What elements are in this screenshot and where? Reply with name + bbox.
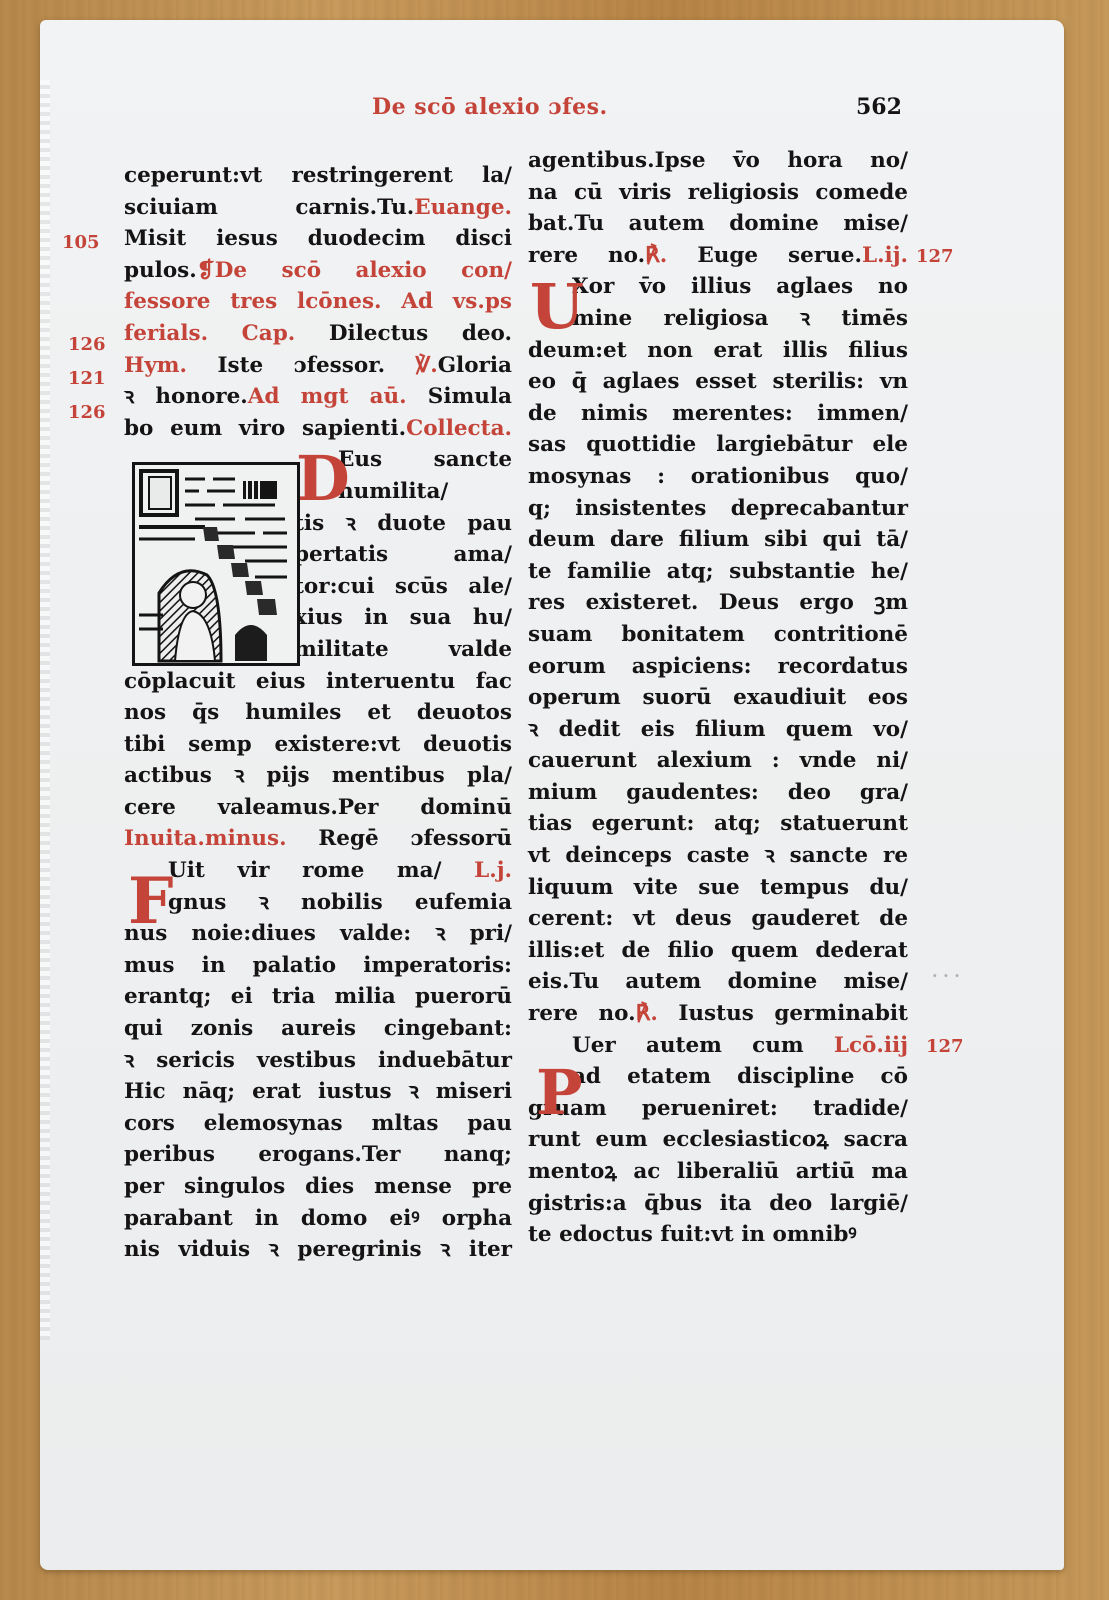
text-line: q; insistentes deprecabantur — [528, 493, 908, 525]
text-line: Hym. Iste ɔfessor. ℣.Gloria — [124, 350, 512, 382]
text-line: Misit iesus duodecim disci — [124, 223, 512, 255]
text: peribus erogans.Ter nanq; — [124, 1142, 512, 1167]
margin-reference: 127 — [916, 246, 954, 267]
text-line: gnus ꝛ nobilis eufemia — [124, 887, 512, 919]
text: Uit vir rome ma/ — [168, 858, 441, 883]
text: mine religiosa ꝛ timēs — [572, 306, 908, 331]
text-line: nos q̄s humiles et deuotos — [124, 697, 512, 729]
text: ꝛ sericis vestibus induebātur — [124, 1048, 512, 1073]
text-line: eis.Tu autem domine mise/ — [528, 966, 908, 998]
text: sciuiam carnis.Tu. — [124, 195, 414, 220]
text-line: deum:et non erat illis filius — [528, 335, 908, 367]
text-line: suam bonitatem contritionē — [528, 619, 908, 651]
margin-reference: 126 — [68, 402, 106, 423]
rubric: Hym. — [124, 353, 187, 378]
woodcut-illustration — [132, 462, 300, 666]
text: ꝛ dedit eis filium quem vo/ — [528, 717, 908, 742]
text: qui zonis aureis cingebant: — [124, 1016, 512, 1041]
text-line: mentoꝝ ac liberaliū artiū ma — [528, 1156, 908, 1188]
text-line: cere valeamus.Per dominū — [124, 792, 512, 824]
text-line: mosynas : orationibus quo/ — [528, 461, 908, 493]
margin-reference: 121 — [68, 368, 106, 389]
text-line: ꝛ sericis vestibus induebātur — [124, 1045, 512, 1077]
text: te edoctus fuit:vt in omnibꝰ — [528, 1222, 857, 1247]
text: eis.Tu autem domine mise/ — [528, 969, 908, 994]
text: parabant in domo eiꝰ orpha — [124, 1206, 512, 1231]
text-line: rere no.℟. Iustus germinabit — [528, 998, 908, 1030]
text: rere no. — [528, 1001, 636, 1026]
bleed-through-text: · · · — [932, 966, 960, 985]
margin-reference: 126 — [68, 334, 106, 355]
text-line: per singulos dies mense pre — [124, 1171, 512, 1203]
text-line: bo eum viro sapienti.Collecta. — [124, 413, 512, 445]
text-line: Hic nāq; erat iustus ꝛ miseri — [124, 1076, 512, 1108]
text-line: na cū viris religiosis comede — [528, 177, 908, 209]
text: cere valeamus.Per dominū — [124, 795, 512, 820]
text: actibus ꝛ pijs mentibus pla/ — [124, 763, 512, 788]
rubric: Euange. — [414, 195, 512, 220]
text: gnus ꝛ nobilis eufemia — [168, 890, 512, 915]
margin-reference: 127 — [926, 1036, 964, 1057]
text: Regē ɔfessorū — [318, 826, 512, 851]
rubric: ❡De scō alexio con/ — [197, 258, 512, 283]
text-line: operum suorū exaudiuit eos — [528, 682, 908, 714]
text: illis:et de filio quem dederat — [528, 938, 908, 963]
text-line: de nimis merentes: immen/ — [528, 398, 908, 430]
text: vt deinceps caste ꝛ sancte re — [528, 843, 908, 868]
text: Simula — [428, 384, 512, 409]
text: tor:cui scūs ale/ — [294, 574, 512, 599]
text-line: gruam perueniret: tradide/ — [528, 1093, 908, 1125]
text-line: fessore tres lcōnes. Ad vs.ps — [124, 286, 512, 318]
text-line: qui zonis aureis cingebant: — [124, 1013, 512, 1045]
text-line: mine religiosa ꝛ timēs — [528, 303, 908, 335]
text-line: eo q̄ aglaes esset sterilis: vn — [528, 366, 908, 398]
text: militate valde — [294, 637, 512, 662]
rubric: ℣. — [415, 353, 437, 378]
text: pertatis ama/ — [294, 542, 512, 567]
folio-number: 562 — [856, 94, 902, 120]
rubricated-initial: U — [530, 276, 584, 338]
text-line: runt eum ecclesiasticoꝝ sacra — [528, 1124, 908, 1156]
text: cors elemosynas mltas pau — [124, 1111, 512, 1136]
rubric: Collecta. — [406, 416, 512, 441]
rubricated-initial: F — [128, 870, 173, 934]
text: operum suorū exaudiuit eos — [528, 685, 908, 710]
text-line: bat.Tu autem domine mise/ — [528, 208, 908, 240]
text-line: tias egerunt: atq; statuerunt — [528, 808, 908, 840]
text-line: deum dare filium sibi qui tā/ — [528, 524, 908, 556]
text-line: liquum vite sue tempus du/ — [528, 872, 908, 904]
text: mentoꝝ ac liberaliū artiū ma — [528, 1159, 908, 1184]
rubricated-initial: P — [536, 1062, 583, 1124]
left-column: ceperunt:vt restringerent la/ sciuiam ca… — [124, 160, 512, 1266]
text: Hic nāq; erat iustus ꝛ miseri — [124, 1079, 512, 1104]
text: eorum aspiciens: recordatus — [528, 654, 908, 679]
text-line: rere no.℟. Euge serue.L.ij. — [528, 240, 908, 272]
text: Gloria — [438, 353, 512, 378]
text-line: agentibus.Ipse v̄o hora no/ — [528, 145, 908, 177]
text-line: gistris:a q̄bus ita deo largiē/ — [528, 1188, 908, 1220]
text: erantq; ei tria milia puerorū — [124, 984, 512, 1009]
text: tibi semp existere:vt deuotis — [124, 732, 512, 757]
text: gistris:a q̄bus ita deo largiē/ — [528, 1191, 908, 1216]
text-line: nis viduis ꝛ peregrinis ꝛ iter — [124, 1234, 512, 1266]
text-line: cauerunt alexium : vnde ni/ — [528, 745, 908, 777]
rubric: ℟. — [645, 243, 667, 268]
text-line: cors elemosynas mltas pau — [124, 1108, 512, 1140]
text-line: cerent: vt deus gauderet de — [528, 903, 908, 935]
margin-reference: 105 — [62, 232, 100, 253]
text-line: Inuita.minus. Regē ɔfessorū — [124, 823, 512, 855]
text: Iustus germinabit — [678, 1001, 908, 1026]
text: cōplacuit eius interuentu fac — [124, 669, 512, 694]
text: bo eum viro sapienti. — [124, 416, 406, 441]
text: Xor v̄o illius aglaes no — [572, 274, 908, 299]
text-line: peribus erogans.Ter nanq; — [124, 1139, 512, 1171]
text-line: Xor v̄o illius aglaes no — [528, 271, 908, 303]
text-line: tibi semp existere:vt deuotis — [124, 729, 512, 761]
rubric: ℟. — [636, 1001, 658, 1026]
text: deum:et non erat illis filius — [528, 338, 908, 363]
text: xius in sua hu/ — [294, 605, 512, 630]
text-line: vt deinceps caste ꝛ sancte re — [528, 840, 908, 872]
lesson-label: L.ij. — [862, 243, 908, 268]
running-head: De scō alexio ɔfes. — [372, 94, 608, 120]
text-line: nus noie:diues valde: ꝛ pri/ — [124, 918, 512, 950]
text-line: te edoctus fuit:vt in omnibꝰ — [528, 1219, 908, 1251]
text-line: ferials. Cap. Dilectus deo. — [124, 318, 512, 350]
text-line: te familie atq; substantie he/ — [528, 556, 908, 588]
text: Misit iesus duodecim disci — [124, 226, 512, 251]
text: ꝛ honore. — [124, 384, 248, 409]
text: te familie atq; substantie he/ — [528, 559, 908, 584]
text-line: mium gaudentes: deo gra/ — [528, 777, 908, 809]
text: ad etatem discipline cō — [572, 1064, 908, 1089]
text: agentibus.Ipse v̄o hora no/ — [528, 148, 908, 173]
text: Uer autem cum — [572, 1033, 804, 1058]
text: res existeret. Deus ergo ꝫm — [528, 590, 908, 615]
text: suam bonitatem contritionē — [528, 622, 908, 647]
text: mus in palatio imperatoris: — [124, 953, 512, 978]
text: Dilectus deo. — [329, 321, 512, 346]
text-line: sas quottidie largiebātur ele — [528, 429, 908, 461]
text-line: ad etatem discipline cō — [528, 1061, 908, 1093]
text: bat.Tu autem domine mise/ — [528, 211, 908, 236]
text: nis viduis ꝛ peregrinis ꝛ iter — [124, 1237, 512, 1262]
text-line: Uer autem cum Lcō.iij — [528, 1030, 908, 1062]
text: cauerunt alexium : vnde ni/ — [528, 748, 908, 773]
text: deum dare filium sibi qui tā/ — [528, 527, 908, 552]
text: liquum vite sue tempus du/ — [528, 875, 908, 900]
text-line: ꝛ honore.Ad mgt aū. Simula — [124, 381, 512, 413]
lesson-label: Lcō.iij — [834, 1033, 908, 1058]
text: tias egerunt: atq; statuerunt — [528, 811, 908, 836]
text-line: erantq; ei tria milia puerorū — [124, 981, 512, 1013]
text-line: sciuiam carnis.Tu.Euange. — [124, 192, 512, 224]
rubric: ferials. Cap. — [124, 321, 295, 346]
text-line: ceperunt:vt restringerent la/ — [124, 160, 512, 192]
text: mosynas : orationibus quo/ — [528, 464, 908, 489]
text-line: mus in palatio imperatoris: — [124, 950, 512, 982]
text: gruam perueniret: tradide/ — [528, 1096, 908, 1121]
text: de nimis merentes: immen/ — [528, 401, 908, 426]
rubric: Ad mgt aū. — [248, 384, 407, 409]
lesson-label: L.j. — [474, 858, 512, 883]
text-line: actibus ꝛ pijs mentibus pla/ — [124, 760, 512, 792]
right-column: agentibus.Ipse v̄o hora no/ na cū viris … — [528, 145, 908, 1251]
text: per singulos dies mense pre — [124, 1174, 512, 1199]
rubricated-initial: D — [296, 448, 350, 510]
text: sas quottidie largiebātur ele — [528, 432, 908, 457]
text: na cū viris religiosis comede — [528, 180, 908, 205]
rubric: Inuita.minus. — [124, 826, 287, 851]
text: cerent: vt deus gauderet de — [528, 906, 908, 931]
text: mium gaudentes: deo gra/ — [528, 780, 908, 805]
rubric: fessore tres lcōnes. Ad vs.ps — [124, 289, 512, 314]
text: Euge serue. — [697, 243, 862, 268]
text: nos q̄s humiles et deuotos — [124, 700, 512, 725]
text-line: eorum aspiciens: recordatus — [528, 651, 908, 683]
text: Iste ɔfessor. — [217, 353, 385, 378]
text-line: Uit vir rome ma/ L.j. — [124, 855, 512, 887]
text-line: ꝛ dedit eis filium quem vo/ — [528, 714, 908, 746]
saint-alexius-woodcut-icon — [135, 465, 297, 663]
text: rere no. — [528, 243, 645, 268]
text: eo q̄ aglaes esset sterilis: vn — [528, 369, 908, 394]
text: runt eum ecclesiasticoꝝ sacra — [528, 1127, 908, 1152]
text-line: cōplacuit eius interuentu fac — [124, 666, 512, 698]
text-line: pulos.❡De scō alexio con/ — [124, 255, 512, 287]
text: pulos. — [124, 258, 197, 283]
text-line: res existeret. Deus ergo ꝫm — [528, 587, 908, 619]
text-line: parabant in domo eiꝰ orpha — [124, 1203, 512, 1235]
text: q; insistentes deprecabantur — [528, 496, 908, 521]
text: nus noie:diues valde: ꝛ pri/ — [124, 921, 512, 946]
text: ceperunt:vt restringerent la/ — [124, 163, 512, 188]
text-line: illis:et de filio quem dederat — [528, 935, 908, 967]
